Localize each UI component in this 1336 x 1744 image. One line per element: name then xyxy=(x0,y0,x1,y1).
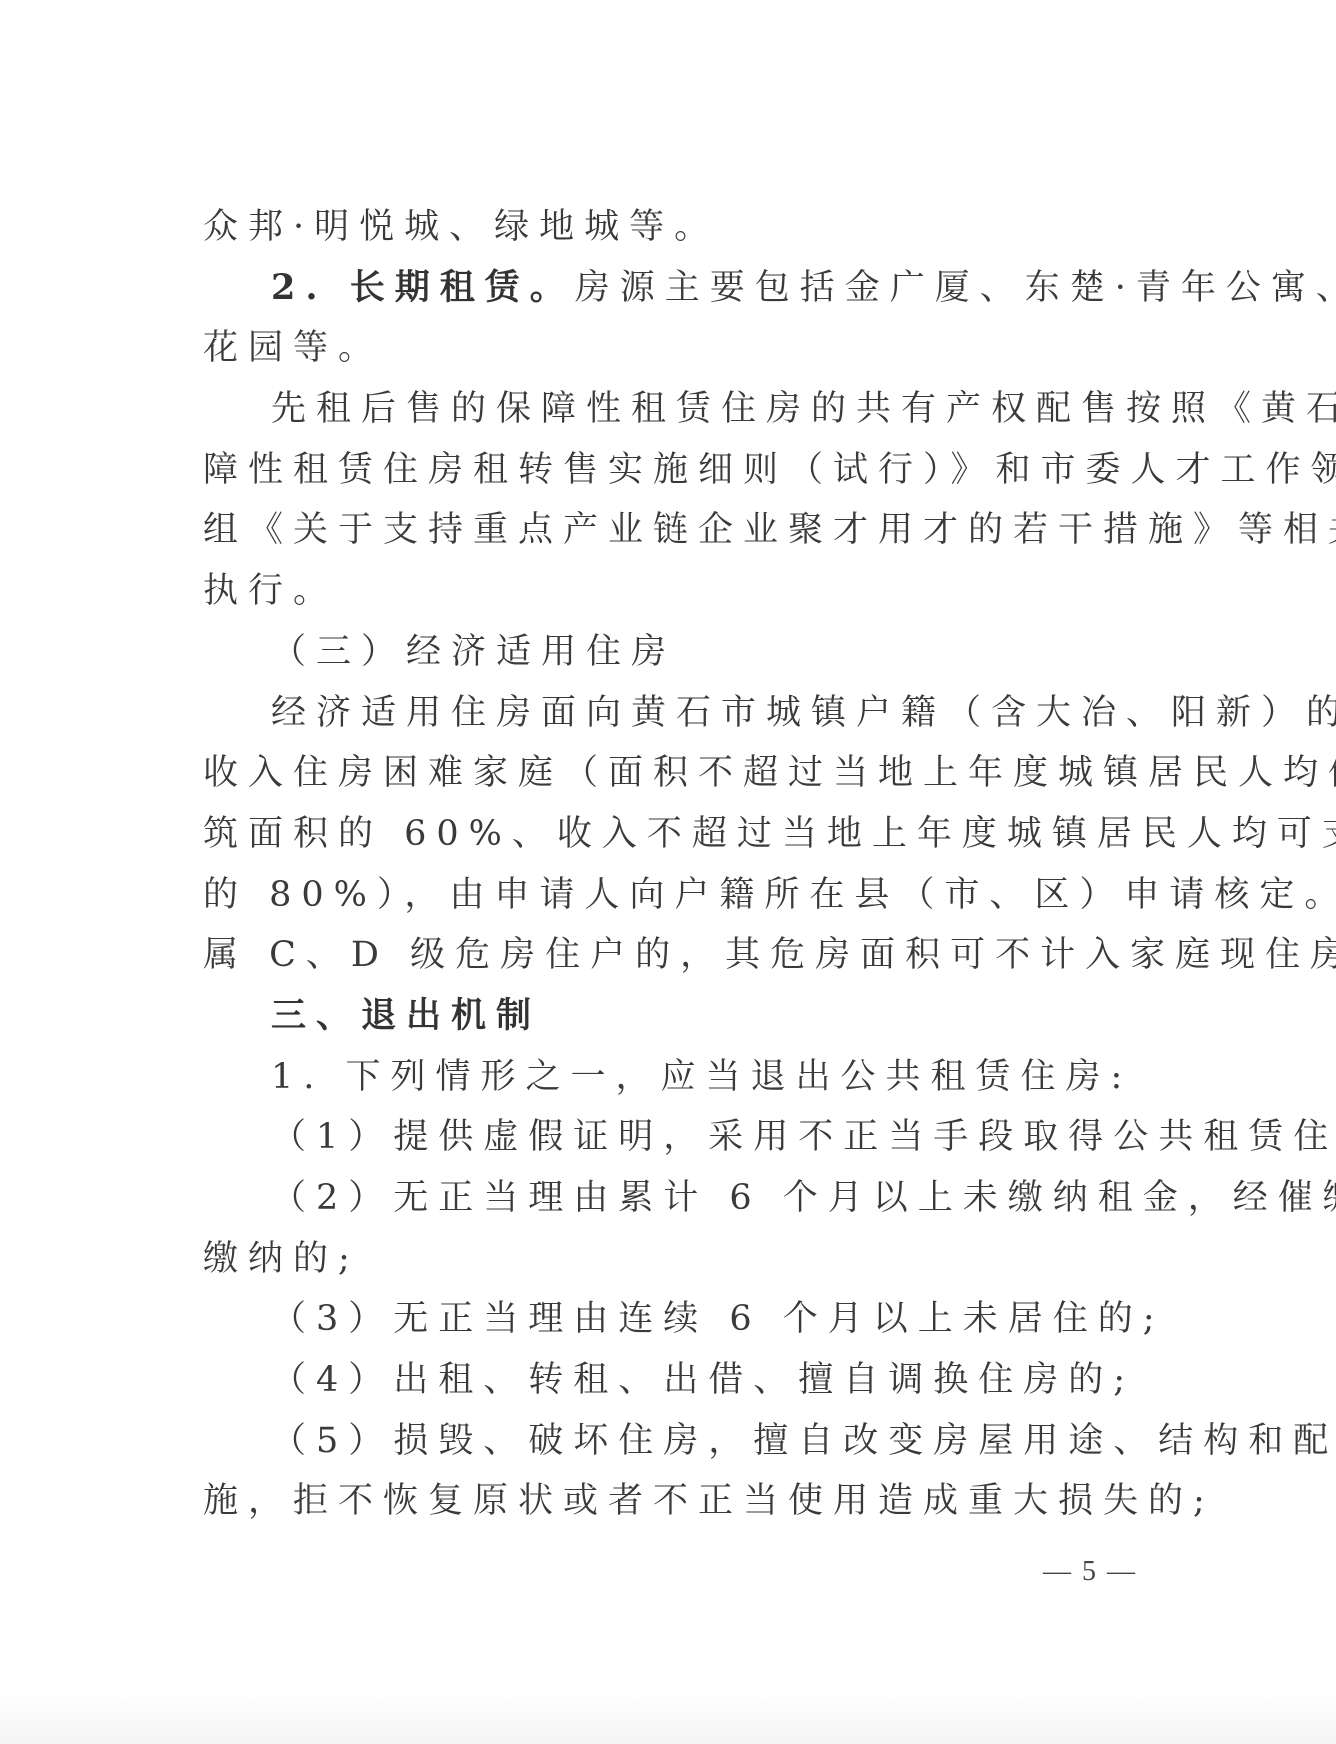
line-text: 施，拒不恢复原状或者不正当使用造成重大损失的; xyxy=(203,1481,1215,1521)
paragraph-line: 筑面积的 60%、收入不超过当地上年度城镇居民人均可支配收入 xyxy=(203,804,1133,865)
line-text: 缴纳的; xyxy=(203,1239,360,1279)
paragraph-line: 属 C、D 级危房住户的，其危房面积可不计入家庭现住房面积。 xyxy=(203,925,1133,986)
line-text: 1. 下列情形之一，应当退出公共租赁住房: xyxy=(271,1057,1132,1097)
list-item-continuation: 缴纳的; xyxy=(203,1229,1133,1290)
line-text: 筑面积的 60%、收入不超过当地上年度城镇居民人均可支配收入 xyxy=(203,814,1336,854)
list-item: （2）无正当理由累计 6 个月以上未缴纳租金，经催缴仍不 xyxy=(203,1168,1133,1229)
line-text: 房源主要包括金广厦、东楚·青年公寓、汇金 xyxy=(575,268,1336,308)
paragraph-line: 2. 长期租赁。房源主要包括金广厦、东楚·青年公寓、汇金 xyxy=(203,258,1133,319)
paragraph-line: 组《关于支持重点产业链企业聚才用才的若干措施》等相关规定 xyxy=(203,500,1133,561)
line-text: 组《关于支持重点产业链企业聚才用才的若干措施》等相关规定 xyxy=(203,510,1336,550)
paragraph-line: 先租后售的保障性租赁住房的共有产权配售按照《黄石市保 xyxy=(203,379,1133,440)
list-item: （3）无正当理由连续 6 个月以上未居住的; xyxy=(203,1289,1133,1350)
paragraph-line: 的 80%），由申请人向户籍所在县（市、区）申请核定。申请人 xyxy=(203,865,1133,926)
line-text: （三）经济适用住房 xyxy=(271,632,676,672)
list-item: （4）出租、转租、出借、擅自调换住房的; xyxy=(203,1350,1133,1411)
line-text: 众邦·明悦城、绿地城等。 xyxy=(203,207,719,247)
line-text: 的 80%），由申请人向户籍所在县（市、区）申请核定。申请人 xyxy=(203,875,1336,915)
section-heading: 三、退出机制 xyxy=(203,986,1133,1047)
paragraph-line: 障性租赁住房租转售实施细则（试行）》和市委人才工作领导小 xyxy=(203,440,1133,501)
line-text: 障性租赁住房租转售实施细则（试行）》和市委人才工作领导小 xyxy=(203,450,1336,490)
line-text: 经济适用住房面向黄石市城镇户籍（含大冶、阳新）的中低 xyxy=(271,693,1336,733)
line-text: （1）提供虚假证明，采用不正当手段取得公共租赁住房; xyxy=(271,1117,1336,1157)
subsection-title: 2. 长期租赁。 xyxy=(271,267,575,308)
list-item: （5）损毁、破坏住房，擅自改变房屋用途、结构和配套设 xyxy=(203,1411,1133,1472)
section-subheading: （三）经济适用住房 xyxy=(203,622,1133,683)
paragraph-line: 花园等。 xyxy=(203,318,1133,379)
line-text: 先租后售的保障性租赁住房的共有产权配售按照《黄石市保 xyxy=(271,389,1336,429)
line-text: 花园等。 xyxy=(203,328,383,368)
paragraph-line: 收入住房困难家庭（面积不超过当地上年度城镇居民人均住房建 xyxy=(203,743,1133,804)
paragraph-line: 执行。 xyxy=(203,561,1133,622)
heading-text: 三、退出机制 xyxy=(271,996,541,1036)
page-number: — 5 — xyxy=(1043,1556,1137,1588)
line-text: （4）出租、转租、出借、擅自调换住房的; xyxy=(271,1360,1135,1400)
list-item: （1）提供虚假证明，采用不正当手段取得公共租赁住房; xyxy=(203,1107,1133,1168)
line-text: （3）无正当理由连续 6 个月以上未居住的; xyxy=(271,1299,1165,1339)
line-text: （5）损毁、破坏住房，擅自改变房屋用途、结构和配套设 xyxy=(271,1421,1336,1461)
list-item-continuation: 施，拒不恢复原状或者不正当使用造成重大损失的; xyxy=(203,1471,1133,1532)
paragraph-line: 经济适用住房面向黄石市城镇户籍（含大冶、阳新）的中低 xyxy=(203,683,1133,744)
line-text: 收入住房困难家庭（面积不超过当地上年度城镇居民人均住房建 xyxy=(203,753,1336,793)
line-text: （2）无正当理由累计 6 个月以上未缴纳租金，经催缴仍不 xyxy=(271,1178,1336,1218)
line-text: 属 C、D 级危房住户的，其危房面积可不计入家庭现住房面积。 xyxy=(203,935,1336,975)
document-page: 众邦·明悦城、绿地城等。 2. 长期租赁。房源主要包括金广厦、东楚·青年公寓、汇… xyxy=(203,197,1133,1532)
paragraph-line: 众邦·明悦城、绿地城等。 xyxy=(203,197,1133,258)
paragraph-line: 1. 下列情形之一，应当退出公共租赁住房: xyxy=(203,1047,1133,1108)
line-text: 执行。 xyxy=(203,571,338,611)
